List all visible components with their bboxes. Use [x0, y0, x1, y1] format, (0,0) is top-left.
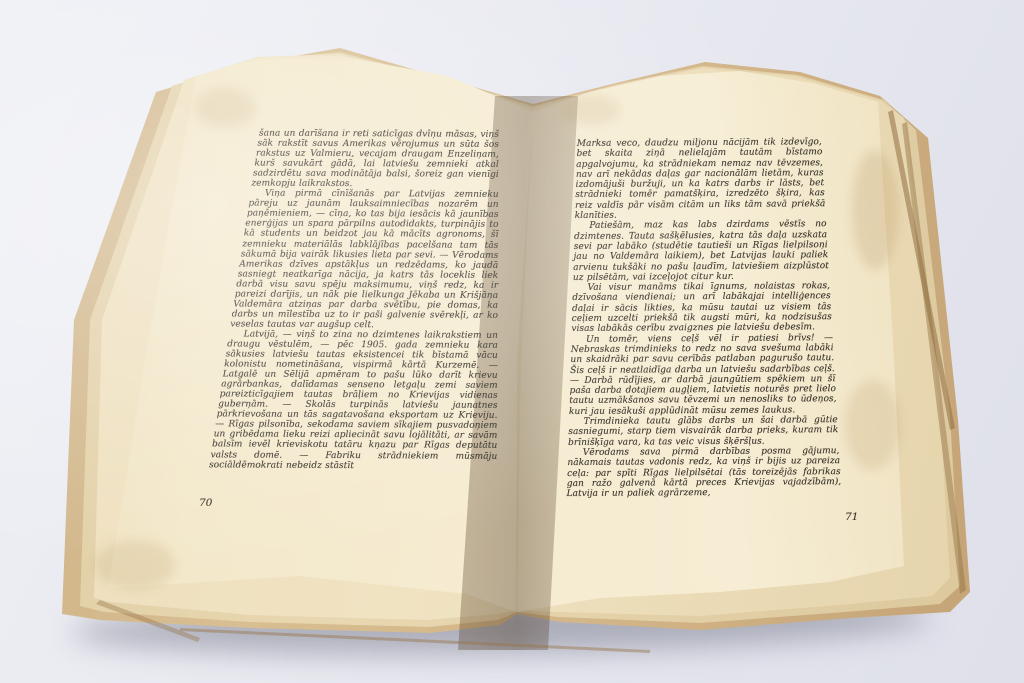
age-stain: [560, 95, 620, 125]
page-edge-line: [0, 0, 1024, 683]
underlying-pages-edge-2: [0, 0, 1024, 683]
paragraph: Vērodams sava pirmā darbības posma gājum…: [566, 446, 842, 499]
right-page-number: 71: [845, 511, 858, 523]
paragraph: Marksa veco, daudzu miljonu nācijām tik …: [564, 137, 841, 221]
paragraph: Viņa pirmā cīnīšanās par Latvijas zemnie…: [206, 189, 499, 331]
page-edge-line: [0, 0, 1024, 683]
left-page-number: 70: [199, 497, 212, 509]
page-edge-line: [0, 0, 1024, 683]
perspective-slant-shape: [205, 128, 259, 486]
paragraph: Un tomēr, viens ceļš vēl ir patiesi brīv…: [565, 333, 842, 417]
book-photo: šana un darīšana ir reti saticīgas dvīņu…: [0, 0, 1024, 683]
book-cast-shadow: [70, 588, 931, 661]
paragraph: Patiešām, maz kas labs dzirdams vēstīs n…: [564, 219, 840, 283]
page-stack-bottom-edge: [0, 0, 1024, 683]
perspective-slant-shape: [822, 137, 842, 495]
page-edge-line: [0, 0, 1024, 683]
right-page-surface: [0, 0, 1024, 683]
paragraph: Trimdinieka tautu glābs darbs un šai dar…: [566, 415, 842, 448]
paragraph: šana un darīšana ir reti saticīgas dvīņu…: [207, 128, 499, 190]
age-stain: [195, 88, 255, 128]
age-stain: [852, 150, 898, 270]
underlying-pages-edge-1: [0, 0, 1024, 683]
paragraph: Vai visur manāms tikai īgnums, nolaistas…: [565, 281, 841, 334]
spine-gutter-shadow: [0, 0, 1024, 683]
age-stain: [95, 540, 175, 590]
left-page-text: šana un darīšana ir reti saticīgas dvīņu…: [205, 128, 499, 496]
paragraph: Latvijā, — viņš to zina no dzimtenes lai…: [205, 329, 498, 471]
age-stain: [845, 380, 900, 470]
left-page-surface: [0, 0, 1024, 683]
right-page-text: Marksa veco, daudzu miljonu nācijām tik …: [564, 137, 843, 505]
perspective-slant-shape: [564, 139, 579, 497]
